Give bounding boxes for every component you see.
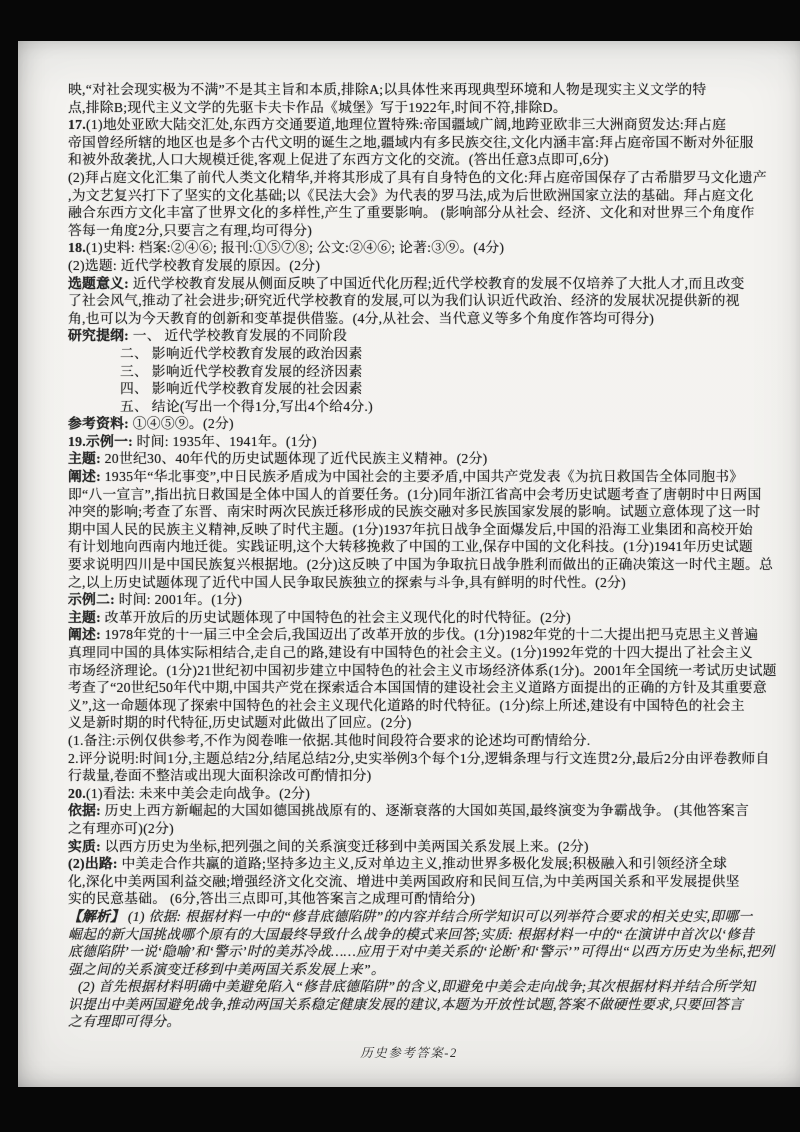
line-label: 依据: — [68, 803, 101, 818]
text-line: ,为文艺复兴打下了坚实的文化基础;以《民法大会》为代表的罗马法,成为后世欧洲国家… — [68, 187, 760, 205]
text-line: 17.(1)地处亚欧大陆交汇处,东西方交通要道,地理位置特殊:帝国疆域广阔,地跨… — [68, 116, 760, 134]
text-line: 19.示例一: 时间: 1935年、1941年。(1分) — [68, 433, 760, 451]
line-label: 研究提纲: — [68, 328, 129, 343]
text-line: 映,“对社会现实极为不满”不是其主旨和本质,排除A;以具体性来再现典型环境和人物… — [68, 81, 760, 99]
page-footer: 历史参考答案-2 — [18, 1043, 800, 1061]
text-line: 即“八一宣言”,指出抗日救国是全体中国人的首要任务。(1分)同年浙江省高中会考历… — [68, 486, 760, 504]
text-line: 要求说明四川是中国民族复兴根据地。(2分)这反映了中国为争取抗日战争胜利而做出的… — [68, 556, 760, 574]
line-label: 实质: — [68, 839, 101, 854]
line-label: 主题: — [68, 451, 101, 466]
text-line: 之,以上历史试题体现了近代中国人民争取民族独立的探索与斗争,具有鲜明的时代性。(… — [68, 574, 760, 592]
text-line: 底德陷阱’一说‘隐喻’和‘警示’时的美苏冷战……应用于对中美关系的‘论断’和‘警… — [68, 943, 760, 961]
text-line: 和被外敌袭扰,人口大规模迁徙,客观上促进了东西方文化的交流。(答出任意3点即可,… — [68, 151, 760, 169]
text-line: 选题意义: 近代学校教育发展从侧面反映了中国近代化历程;近代学校教育的发展不仅培… — [68, 275, 760, 293]
photo-background: 映,“对社会现实极为不满”不是其主旨和本质,排除A;以具体性来再现典型环境和人物… — [0, 0, 800, 1132]
line-label: 参考资料: — [68, 416, 129, 431]
text-line: 义”,这一命题体现了探索中国特色的社会主义现代化道路的时代特征。(1分)综上所述… — [68, 697, 760, 715]
text-line: 期中国人民的民族主义精神,反映了时代主题。(1分)1937年抗日战争全面爆发后,… — [68, 521, 760, 539]
text-line: 【解析】 (1) 依据: 根据材料一中的“修昔底德陷阱”的内容并结合所学知识可以… — [68, 908, 760, 926]
text-line: 参考资料: ①④⑤⑨。(2分) — [68, 415, 760, 433]
text-line: (2)出路: 中美走合作共赢的道路;坚持多边主义,反对单边主义,推动世界多极化发… — [68, 855, 760, 873]
text-line: 化,深化中美两国利益交融;增强经济文化交流、增进中美两国政府和民间互信,为中美两… — [68, 873, 760, 891]
text-line: 有计划地向西南内地迁徙。实践证明,这个大转移挽救了中国的工业,保存中国的文化科技… — [68, 538, 760, 556]
line-label: 【解析】 — [68, 909, 124, 924]
line-label: 20. — [68, 786, 86, 801]
text-line: (2)拜占庭文化汇集了前代人类文化精华,并将其形成了具有自身特色的文化:拜占庭帝… — [68, 169, 760, 187]
text-line: 义是新时期的时代特征,历史试题对此做出了回应。(2分) — [68, 714, 760, 732]
text-line: 20.(1)看法: 未来中美会走向战争。(2分) — [68, 785, 760, 803]
line-label: 选题意义: — [68, 276, 129, 291]
text-line: 角,也可以为今天教育的创新和变革提供借鉴。(4分,从社会、当代意义等多个角度作答… — [68, 310, 760, 328]
text-line: 崛起的新大国挑战哪个原有的大国最终导致什么战争的模式来回答;实质: 根据材料一中… — [68, 926, 760, 944]
text-line: 18.(1)史料: 档案:②④⑥; 报刊:①⑤⑦⑧; 公文:②④⑥; 论著:③⑨… — [68, 239, 760, 257]
text-line: 答每一角度2分,只要言之有理,均可得分) — [68, 222, 760, 240]
text-line: 二、 影响近代学校教育发展的政治因素 — [68, 345, 760, 363]
line-label: 17. — [68, 117, 86, 132]
text-line: 示例二: 时间: 2001年。(1分) — [68, 591, 760, 609]
text-line: 市场经济理论。(1分)21世纪初中国初步建立中国特色的社会主义市场经济体系(1分… — [68, 662, 760, 680]
text-line: 识提出中美两国避免战争,推动两国关系稳定健康发展的建议,本题为开放性试题,答案不… — [68, 996, 760, 1014]
text-line: 真理同中国的具体实际相结合,走自己的路,建设有中国特色的社会主义。(1分)199… — [68, 644, 760, 662]
line-label: (2)出路: — [68, 856, 118, 871]
text-line: 帝国曾经所辖的地区也是多个古代文明的诞生之地,疆域内有多民族交往,文化内涵丰富:… — [68, 134, 760, 152]
text-line: 冲突的影响;考查了东晋、南宋时两次民族迁移形成的民族交融对多民族国家发展的影响。… — [68, 503, 760, 521]
text-line: 阐述: 1935年“华北事变”,中日民族矛盾成为中国社会的主要矛盾,中国共产党发… — [68, 468, 760, 486]
text-line: 实质: 以西方历史为坐标,把列强之间的关系演变迁移到中美两国关系发展上来。(2分… — [68, 838, 760, 856]
text-line: 四、 影响近代学校教育发展的社会因素 — [68, 380, 760, 398]
text-line: 强之间的关系演变迁移到中美两国关系发展上来”。 — [68, 961, 760, 979]
text-line: (2)选题: 近代学校教育发展的原因。(2分) — [68, 257, 760, 275]
text-line: 之有理即可得分。 — [68, 1013, 760, 1031]
text-line: 之有理亦可)(2分) — [68, 820, 760, 838]
text-line: (2) 首先根据材料明确中美避免陷入“修昔底德陷阱”的含义,即避免中美会走向战争… — [68, 978, 760, 996]
text-line: 融合东西方文化丰富了世界文化的多样性,产生了重要影响。 (影响部分从社会、经济、… — [68, 204, 760, 222]
text-line: 行裁量,卷面不整洁或出现大面积涂改可酌情扣分) — [68, 767, 760, 785]
line-label: 阐述: — [68, 469, 101, 484]
text-line: (1.备注:示例仅供参考,不作为阅卷唯一依据.其他时间段符合要求的论述均可酌情给… — [68, 732, 760, 750]
text-line: 实的民意基础。 (6分,答出三点即可,其他答案言之成理可酌情给分) — [68, 890, 760, 908]
line-label: 18. — [68, 240, 86, 255]
text-line: 2.评分说明:时间1分,主题总结2分,结尾总结2分,史实举例3个每个1分,逻辑条… — [68, 750, 760, 768]
text-line: 三、 影响近代学校教育发展的经济因素 — [68, 363, 760, 381]
answer-lines: 映,“对社会现实极为不满”不是其主旨和本质,排除A;以具体性来再现典型环境和人物… — [68, 81, 760, 1031]
text-line: 考查了“20世纪50年代中期,中国共产党在探索适合本国国情的建设社会主义道路方面… — [68, 679, 760, 697]
text-line: 主题: 20世纪30、40年代的历史试题体现了近代民族主义精神。(2分) — [68, 450, 760, 468]
line-label: 主题: — [68, 610, 101, 625]
text-line: 五、 结论(写出一个得1分,写出4个给4分.) — [68, 398, 760, 416]
text-line: 依据: 历史上西方新崛起的大国如德国挑战原有的、逐渐衰落的大国如英国,最终演变为… — [68, 802, 760, 820]
line-label: 示例二: — [68, 592, 115, 607]
text-line: 主题: 改革开放后的历史试题体现了中国特色的社会主义现代化的时代特征。(2分) — [68, 609, 760, 627]
text-line: 阐述: 1978年党的十一届三中全会后,我国迈出了改革开放的步伐。(1分)198… — [68, 626, 760, 644]
text-line: 研究提纲: 一、 近代学校教育发展的不同阶段 — [68, 327, 760, 345]
scanned-page: 映,“对社会现实极为不满”不是其主旨和本质,排除A;以具体性来再现典型环境和人物… — [18, 41, 800, 1087]
text-line: 点,排除B;现代主义文学的先驱卡夫卡作品《城堡》写于1922年,时间不符,排除D… — [68, 99, 760, 117]
line-label: 阐述: — [68, 627, 101, 642]
line-label: 19.示例一: — [68, 434, 133, 449]
text-line: 了社会风气,推动了社会进步;研究近代学校教育的发展,可以为我们认识近代政治、经济… — [68, 292, 760, 310]
